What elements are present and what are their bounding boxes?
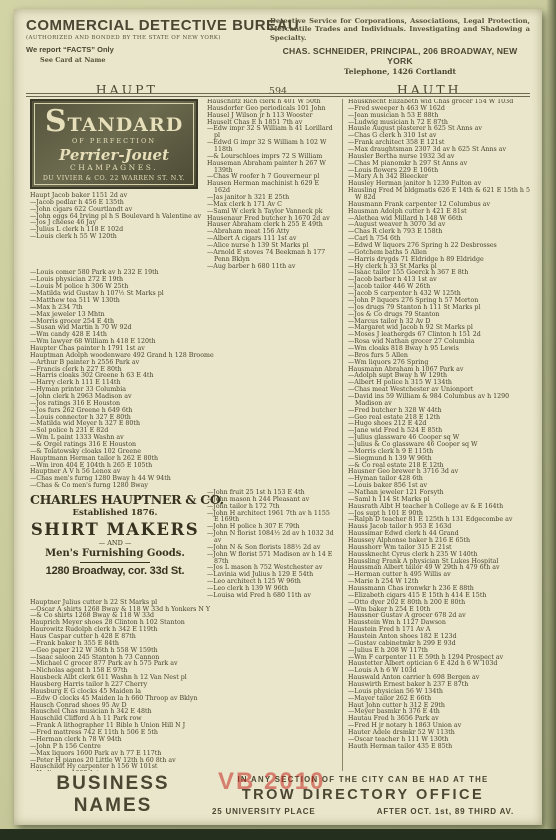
directory-entry: —Edw impr 32 S William h 41 Lorillard pl bbox=[207, 126, 336, 140]
champagne-address: DU VIVIER & CO. 22 WARREN ST. N.Y. bbox=[32, 176, 196, 183]
champagne-product: CHAMPAGNES. bbox=[32, 164, 196, 172]
names-word: NAMES bbox=[28, 795, 198, 817]
shirtmaker-line2: Men's Furnishing Goods. bbox=[30, 549, 200, 560]
bureau-facts-line: We report “FACTS” Only bbox=[26, 45, 262, 54]
trow-address-left: 25 UNIVERSITY PLACE bbox=[212, 807, 316, 816]
column-divider-rule bbox=[342, 99, 343, 771]
left-strip-top-list: Hauschlitz Rich clerk h 401 W 50thHausdo… bbox=[202, 99, 336, 270]
directory-entry: —Louisa wid Fred h 680 11th av bbox=[207, 593, 336, 600]
directory-page: COMMERCIAL DETECTIVE BUREAU (AUTHORIZED … bbox=[14, 9, 542, 825]
bureau-service-text: Detective Service for Corporations, Asso… bbox=[270, 17, 530, 42]
bureau-principal-line: CHAS. SCHNEIDER, PRINCIPAL, 206 BROADWAY… bbox=[270, 46, 530, 66]
page-header: COMMERCIAL DETECTIVE BUREAU (AUTHORIZED … bbox=[26, 17, 530, 97]
directory-entry: Hauseman Abraham painter h 267 W 139th bbox=[207, 161, 336, 175]
champagne-ad-title: STANDARD bbox=[32, 107, 196, 137]
scan-right-edge bbox=[546, 0, 556, 840]
directory-entry: Hausen Herman machinist h 629 E 162d bbox=[207, 181, 336, 195]
business-names-label: BUSINESS NAMES bbox=[28, 773, 198, 817]
left-main-list: —Louis comer 580 Park av h 232 E 19th—Lo… bbox=[30, 270, 336, 490]
directory-entry: —Aug barber h 680 11th av bbox=[207, 264, 336, 271]
bureau-card-line: See Card at Name bbox=[40, 56, 262, 64]
scan-bottom-edge bbox=[0, 829, 556, 840]
directory-entry: —Louis clerk h 55 W 120th bbox=[30, 234, 202, 241]
directory-entry: Hauth Herman tailor 435 E 85th bbox=[348, 744, 532, 751]
left-under-ad-list: Haupt Jacob baker 1151 2d av—Jacob pedla… bbox=[30, 193, 202, 241]
directory-entry: —David ins 59 William & 984 Columbus av … bbox=[348, 394, 532, 408]
bureau-title: COMMERCIAL DETECTIVE BUREAU bbox=[26, 17, 262, 34]
left-column: STANDARD OF PERFECTION Perrier-Jouet CHA… bbox=[30, 99, 336, 771]
shirtmaker-rule bbox=[80, 562, 150, 563]
shirtmaker-ad: CHARLES HAUPTNER & CO. Established 1876.… bbox=[30, 490, 200, 577]
right-column: Hausknecht Elizabeth wid Chas grocer 154… bbox=[348, 99, 532, 771]
directory-entry: —Edwd G impr 32 S William h 102 W 118th bbox=[207, 140, 336, 154]
directory-entry: Hausling Fred M bldgmatls 626 E 14th & 6… bbox=[348, 188, 532, 202]
directory-entry: —John N florist 1084½ 2d av h 1032 3d av bbox=[207, 531, 336, 545]
trow-line3: 25 UNIVERSITY PLACE AFTER OCT. 1st, 89 T… bbox=[198, 807, 528, 816]
trow-address-right: AFTER OCT. 1st, 89 THIRD AV. bbox=[377, 807, 514, 816]
shirtmaker-address: 1280 Broadway, cor. 33d St. bbox=[30, 565, 200, 577]
champagne-brand: Perrier-Jouet bbox=[32, 147, 196, 163]
detective-bureau-ad: COMMERCIAL DETECTIVE BUREAU (AUTHORIZED … bbox=[26, 17, 262, 76]
shirtmaker-name: CHARLES HAUPTNER & CO. bbox=[30, 493, 200, 507]
bureau-service-block: Detective Service for Corporations, Asso… bbox=[262, 17, 530, 76]
red-watermark: VB 2010 bbox=[218, 768, 325, 796]
header-rule bbox=[26, 93, 530, 97]
champagne-ad: STANDARD OF PERFECTION Perrier-Jouet CHA… bbox=[30, 99, 198, 189]
shirtmaker-line1: SHIRT MAKERS bbox=[30, 521, 200, 539]
directory-entry: —Arnold E stoves 74 Beekman h 177 Penn B… bbox=[207, 250, 336, 264]
left-strip-mid-list: —John fruit 25 1st h 153 E 4th—John maso… bbox=[202, 490, 336, 600]
directory-entry: —John W florist 571 Madison av h 14 E 87… bbox=[207, 552, 336, 566]
shirtmaker-and: — AND — bbox=[30, 540, 200, 547]
bureau-subtitle: (AUTHORIZED AND BONDED BY THE STATE OF N… bbox=[26, 35, 262, 41]
left-bottom-list: Hauptner Julius cutter h 22 St Marks pl—… bbox=[30, 600, 336, 771]
scanned-page: COMMERCIAL DETECTIVE BUREAU (AUTHORIZED … bbox=[0, 0, 556, 840]
directory-entry: —John H architect 1961 7th av h 1155 E 1… bbox=[207, 511, 336, 525]
champagne-ad-subtitle: OF PERFECTION bbox=[32, 138, 196, 145]
shirtmaker-established: Established 1876. bbox=[30, 509, 200, 518]
bureau-phone-line: Telephone, 1426 Cortlandt bbox=[270, 67, 530, 76]
business-word: BUSINESS bbox=[28, 773, 198, 795]
